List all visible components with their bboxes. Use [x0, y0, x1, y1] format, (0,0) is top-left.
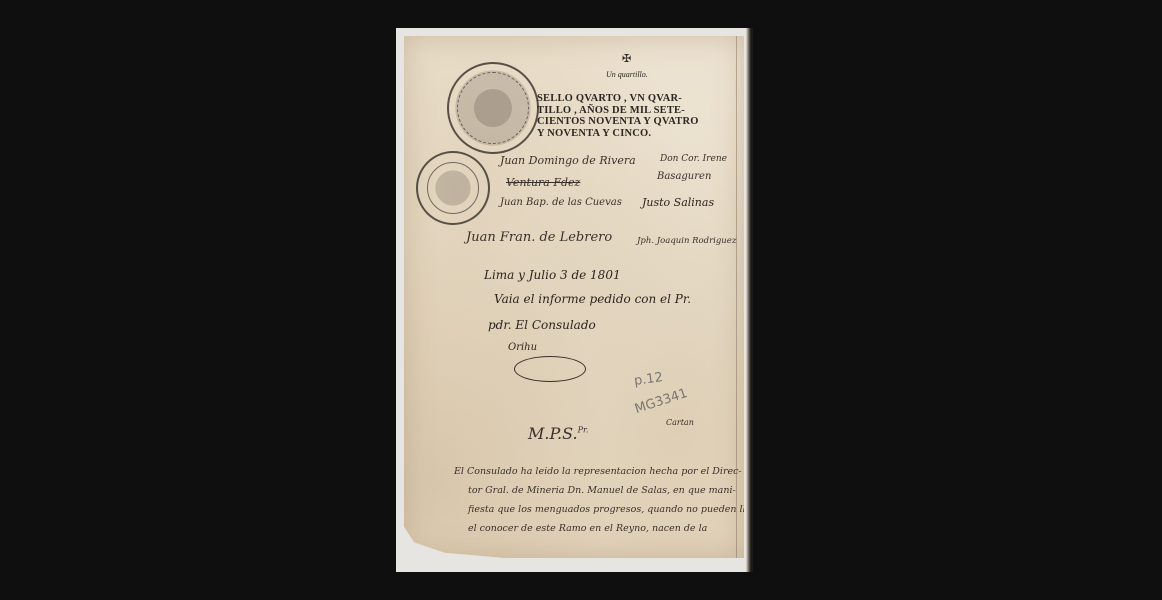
- body-line: El Consulado ha leido la representacion …: [454, 462, 744, 481]
- stamped-seal-text: SELLO QVARTO , VN QVAR- TILLO , AÑOS DE …: [537, 93, 747, 139]
- seal-text-line: TILLO , AÑOS DE MIL SETE-: [537, 105, 747, 117]
- seal-text-line: CIENTOS NOVENTA Y QVATRO: [537, 116, 747, 128]
- decree-line: pdr. El Consulado: [488, 318, 596, 332]
- margin-signature: Cartan: [666, 418, 694, 427]
- body-line: tor Gral. de Mineria Dn. Manuel de Salas…: [454, 481, 744, 500]
- signature: Juan Bap. de las Cuevas: [500, 197, 622, 208]
- signature: Juan Domingo de Rivera: [500, 154, 636, 167]
- signature: Ventura Fdez: [506, 176, 580, 189]
- signature: Juan Fran. de Lebrero: [466, 230, 612, 245]
- salutation-text: M.P.S.: [528, 424, 578, 443]
- salutation: M.P.S.Pr.: [528, 424, 588, 443]
- salutation-sup: Pr.: [578, 426, 589, 435]
- seal-text-line: SELLO QVARTO , VN QVAR-: [537, 93, 747, 105]
- seal-value-label: Un quartillo.: [606, 70, 648, 79]
- body-line: fiesta que los menguados progresos, quan…: [454, 500, 744, 519]
- book-spine: [746, 28, 753, 572]
- letter-body: El Consulado ha leido la representacion …: [454, 462, 744, 538]
- round-seal-stamp-icon: [416, 151, 490, 225]
- signature: Jph. Joaquin Rodriguez: [637, 236, 736, 246]
- signature: Justo Salinas: [642, 196, 714, 209]
- decree-date: Lima y Julio 3 de 1801: [484, 268, 621, 282]
- decree-line: Vaia el informe pedido con el Pr.: [494, 292, 691, 306]
- body-line: el conocer de este Ramo en el Reyno, nac…: [454, 519, 744, 538]
- cross-icon: ✠: [622, 52, 631, 65]
- signature: Don Cor. Irene: [660, 154, 727, 164]
- royal-seal-stamp-icon: [447, 62, 539, 154]
- rubric-flourish-icon: [514, 356, 586, 382]
- seal-text-line: Y NOVENTA Y CINCO.: [537, 128, 747, 140]
- signature: Basaguren: [657, 171, 711, 182]
- decree-rubric: Orihu: [508, 342, 537, 353]
